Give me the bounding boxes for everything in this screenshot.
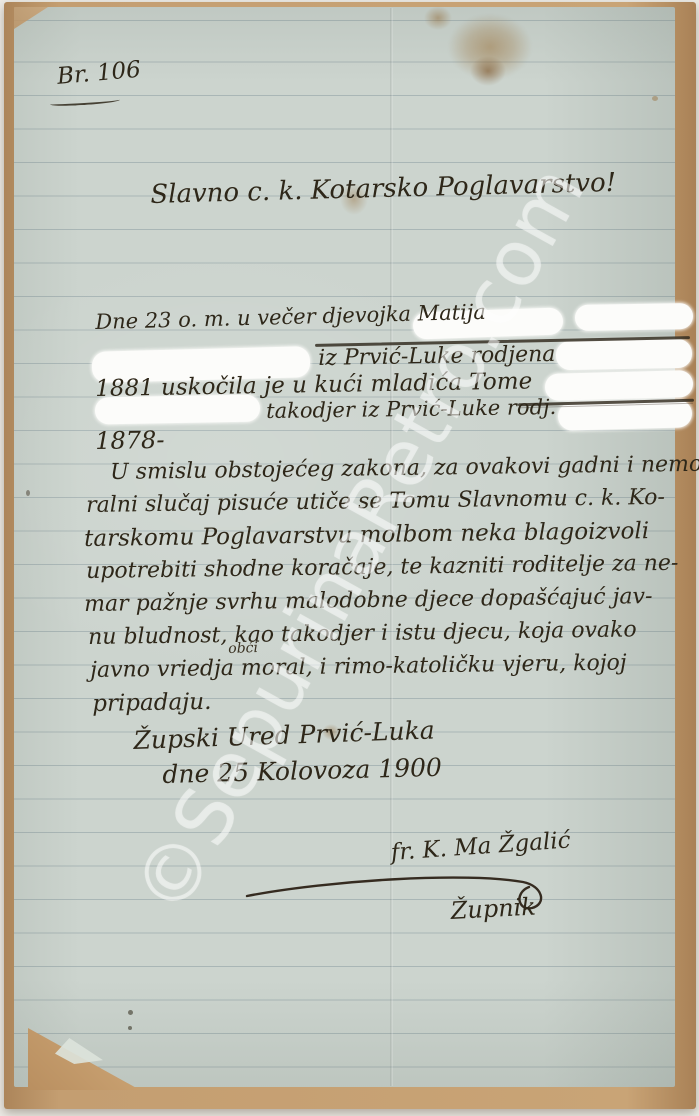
ink-speck (128, 1026, 132, 1030)
redaction-block (575, 303, 693, 331)
petition-line-8: pripadaju. (92, 689, 212, 717)
redaction-block (545, 370, 694, 401)
stitch-hole (26, 490, 30, 496)
opening-line-4: takodjer iz Prvić-Luke rodj. (266, 395, 556, 423)
opening-line-5: 1878- (95, 426, 165, 455)
ink-speck (128, 1010, 133, 1015)
photographed-document: Br. 106 Slavno c. k. Kotarsko Poglavarst… (0, 0, 699, 1116)
opening-line-2: iz Prvić-Luke rodjena (318, 342, 556, 371)
stain-speck (652, 96, 658, 101)
redaction-block (556, 339, 692, 370)
signature-title: Župnik (450, 893, 537, 925)
interlinear-insertion: obći (228, 640, 258, 657)
